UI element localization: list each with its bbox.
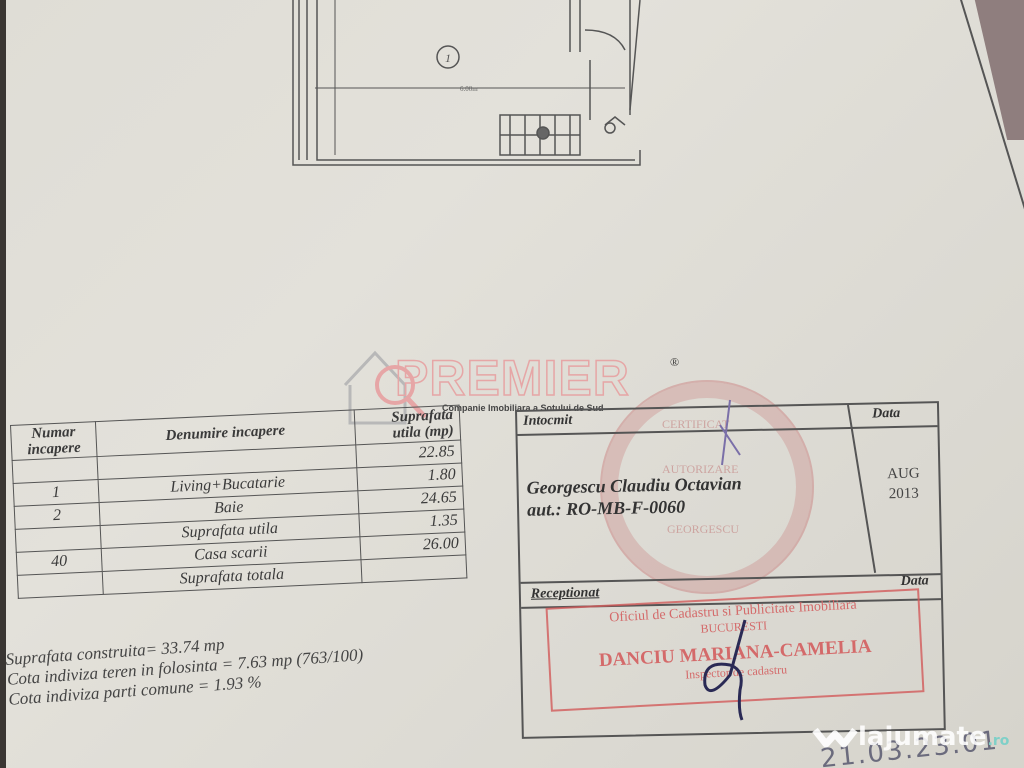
watermark-name: lajumate: [858, 722, 987, 752]
background-corner: [964, 0, 1024, 140]
floor-plan: 1 6.00m: [285, 0, 655, 180]
svg-text:1: 1: [445, 51, 451, 65]
column-divider: [847, 405, 876, 573]
lajumate-watermark: lajumate .ro: [812, 722, 1009, 752]
date-year: 2013: [874, 483, 934, 504]
label-receptionat: Receptionat: [531, 585, 600, 602]
svg-text:6.00m: 6.00m: [460, 85, 478, 93]
date-block: AUG 2013: [873, 463, 934, 504]
author-block: Georgescu Claudiu Octavian aut.: RO-MB-F…: [526, 472, 742, 520]
lajumate-logo-icon: [812, 722, 858, 752]
logo-brand: PREMIER: [395, 349, 630, 407]
inspector-signature: [690, 615, 770, 725]
header-area: Suprafata utila (mp): [354, 405, 461, 445]
label-intocmit: Intocmit: [523, 413, 572, 430]
registered-mark: ®: [670, 355, 679, 370]
date-month: AUG: [873, 463, 933, 484]
author-authorization: aut.: RO-MB-F-0060: [527, 494, 742, 520]
header-room-number: Numar incapere: [11, 422, 97, 461]
label-data: Data: [872, 406, 900, 423]
watermark-tld: .ro: [988, 733, 1010, 749]
signature-mark: [700, 395, 760, 475]
document-photo: 1 6.00m PREMIER ® Companie Imobiliara a …: [0, 0, 1024, 768]
room-table: Numar incapere Denumire incapere Suprafa…: [10, 405, 469, 635]
author-name: Georgescu Claudiu Octavian: [526, 472, 741, 498]
row-divider: [521, 573, 941, 584]
